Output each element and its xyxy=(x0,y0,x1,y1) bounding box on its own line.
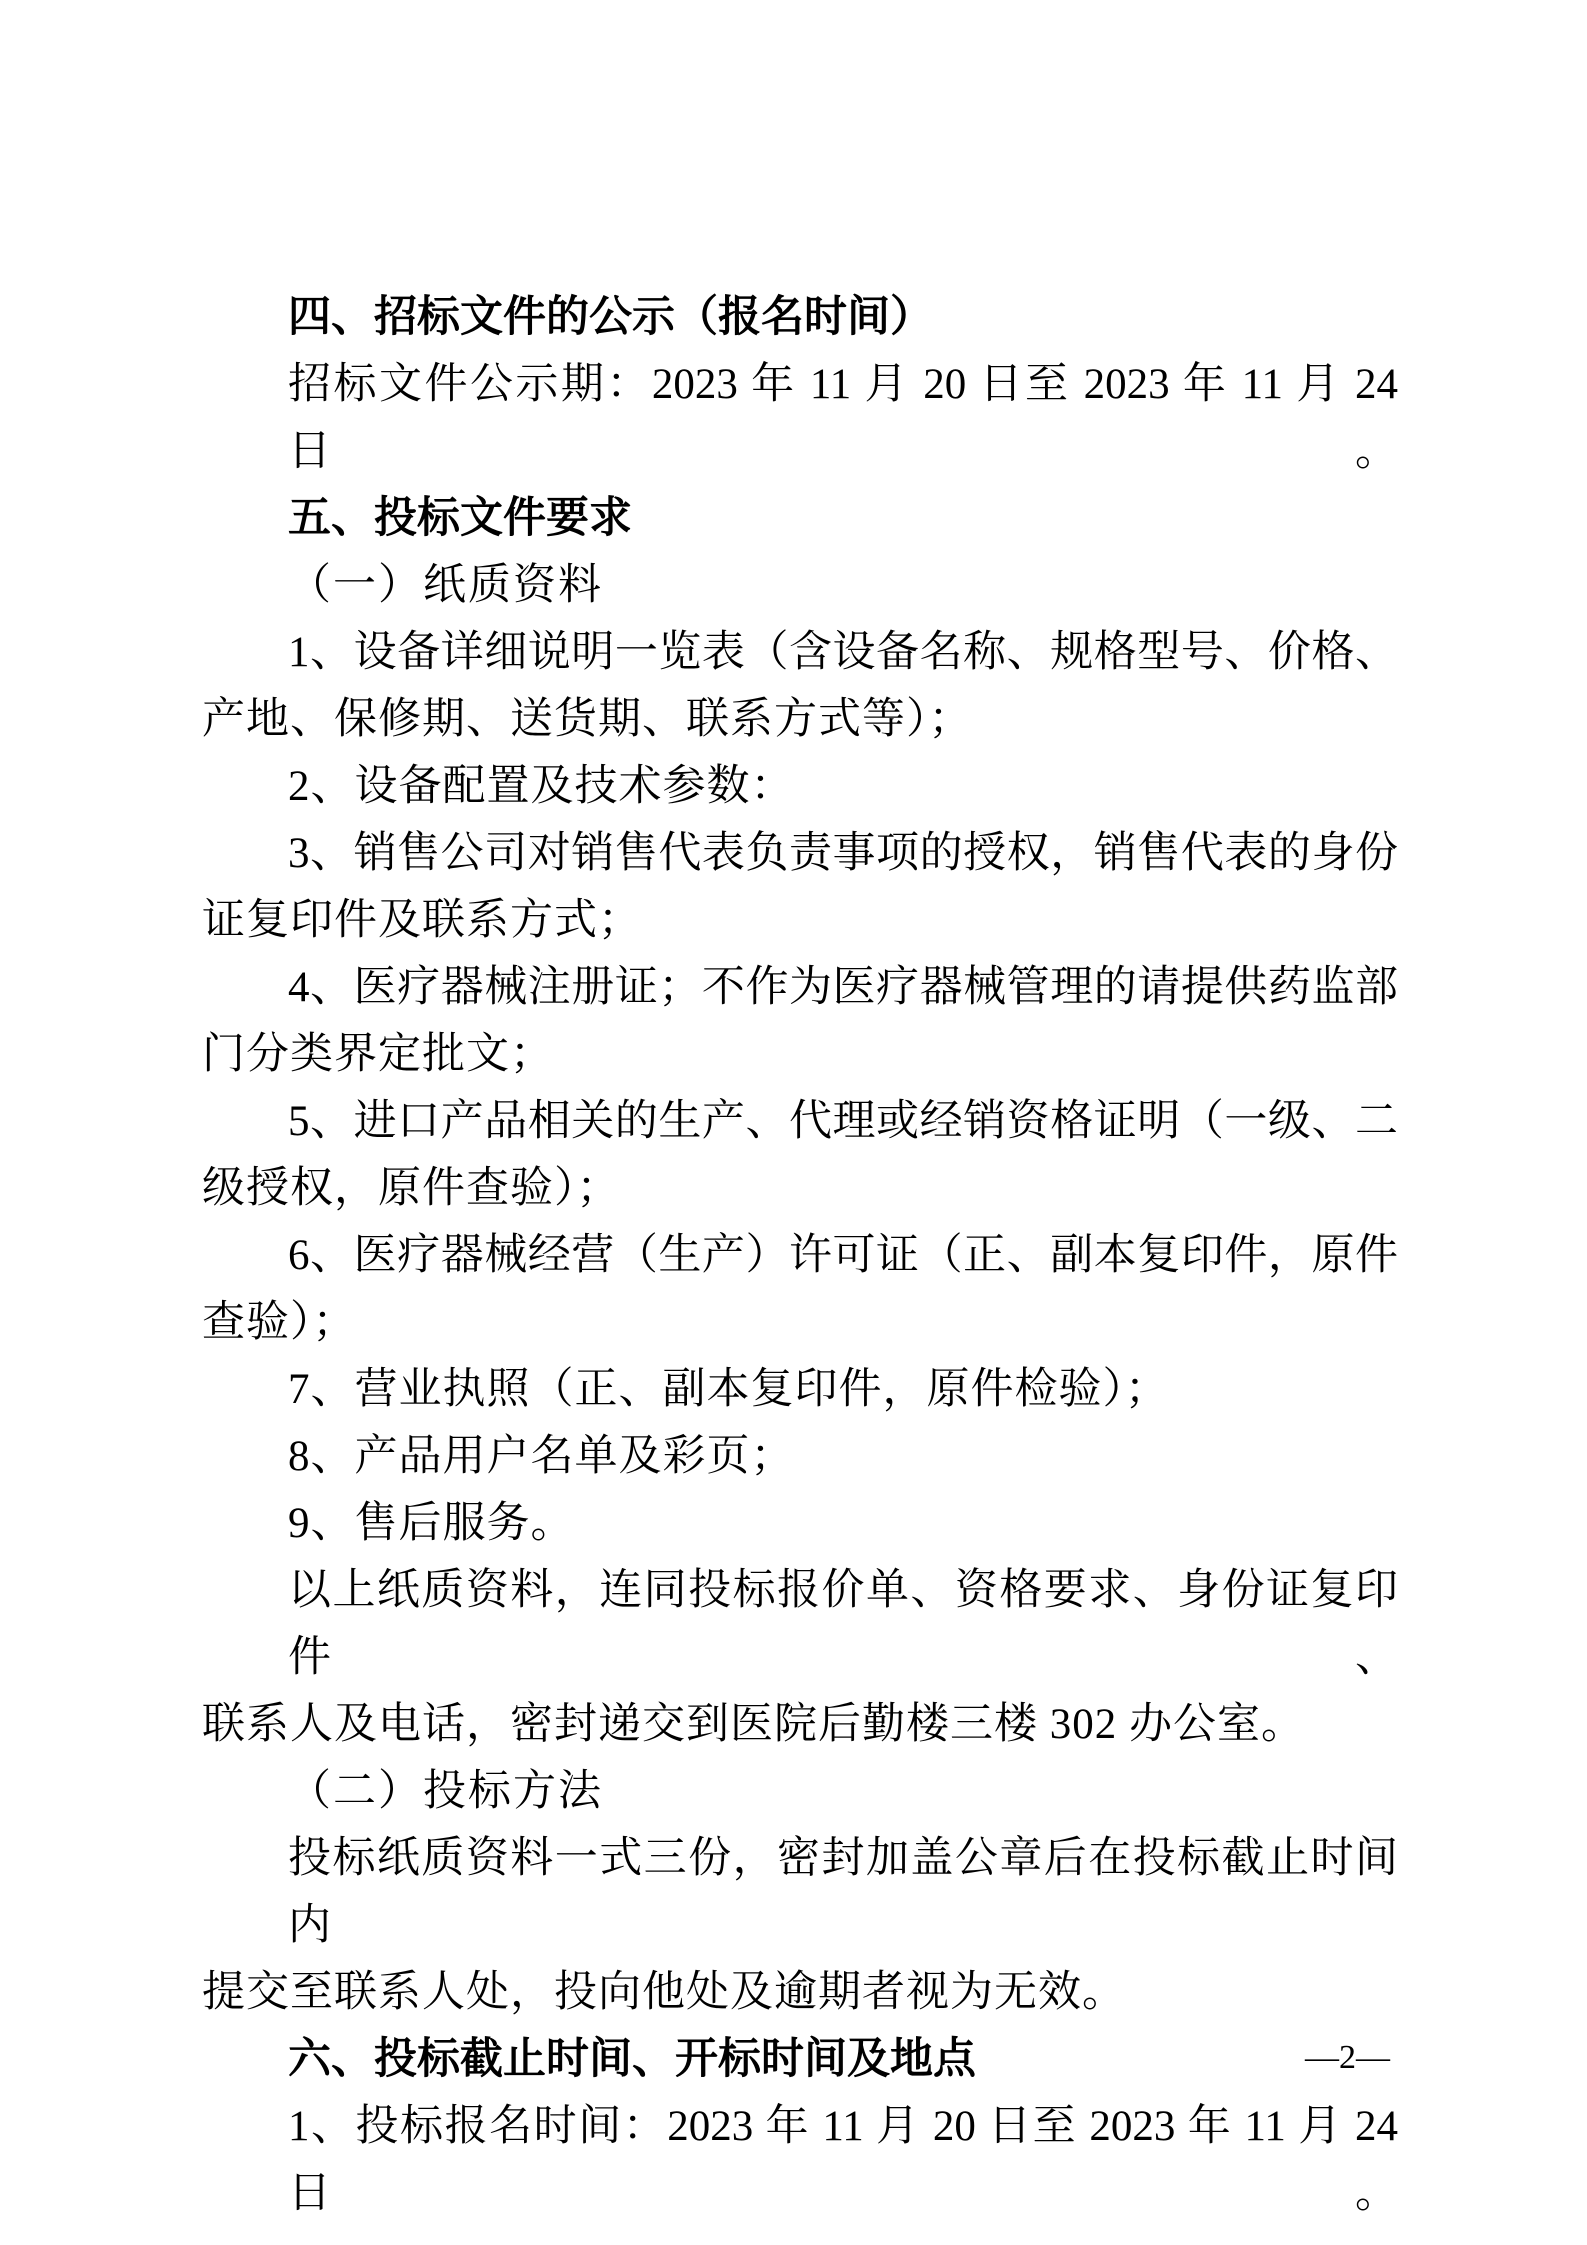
doc-line: 1、设备详细说明一览表（含设备名称、规格型号、价格、 xyxy=(202,619,1398,686)
doc-line: 证复印件及联系方式； xyxy=(202,887,1398,954)
doc-line: 级授权，原件查验）； xyxy=(202,1155,1398,1222)
document-page: 四、招标文件的公示（报名时间）招标文件公示期：2023 年 11 月 20 日至… xyxy=(0,0,1587,2245)
doc-line: 查验）； xyxy=(202,1289,1398,1356)
doc-line: （二）投标方法 xyxy=(202,1758,1398,1825)
doc-line: 四、招标文件的公示（报名时间） xyxy=(202,284,1398,351)
doc-line: 5、进口产品相关的生产、代理或经销资格证明（一级、二 xyxy=(202,1088,1398,1155)
doc-line: 门分类界定批文； xyxy=(202,1021,1398,1088)
doc-line: 2、设备配置及技术参数： xyxy=(202,753,1398,820)
doc-line: 9、售后服务。 xyxy=(202,1490,1398,1557)
doc-line: 产地、保修期、送货期、联系方式等）； xyxy=(202,686,1398,753)
doc-line: 联系人及电话，密封递交到医院后勤楼三楼 302 办公室。 xyxy=(202,1691,1398,1758)
doc-line: 投标纸质资料一式三份，密封加盖公章后在投标截止时间内 xyxy=(202,1825,1398,1959)
doc-line: 8、产品用户名单及彩页； xyxy=(202,1423,1398,1490)
doc-line: 以上纸质资料，连同投标报价单、资格要求、身份证复印件、 xyxy=(202,1557,1398,1691)
doc-line: （一）纸质资料 xyxy=(202,552,1398,619)
doc-line: 3、销售公司对销售代表负责事项的授权，销售代表的身份 xyxy=(202,820,1398,887)
page-number: —2— xyxy=(1305,2039,1390,2076)
doc-line: 7、营业执照（正、副本复印件，原件检验）； xyxy=(202,1356,1398,1423)
doc-line: 招标文件公示期：2023 年 11 月 20 日至 2023 年 11 月 24… xyxy=(202,351,1398,485)
doc-line: 五、投标文件要求 xyxy=(202,485,1398,552)
doc-line: 1、投标报名时间：2023 年 11 月 20 日至 2023 年 11 月 2… xyxy=(202,2093,1398,2227)
doc-line: 提交至联系人处，投向他处及逾期者视为无效。 xyxy=(202,1959,1398,2026)
doc-line: 4、医疗器械注册证；不作为医疗器械管理的请提供药监部 xyxy=(202,954,1398,1021)
page-content: 四、招标文件的公示（报名时间）招标文件公示期：2023 年 11 月 20 日至… xyxy=(202,284,1398,2227)
doc-line: 六、投标截止时间、开标时间及地点 xyxy=(202,2026,1398,2093)
page-footer: —2— xyxy=(1305,2038,1390,2078)
doc-line: 6、医疗器械经营（生产）许可证（正、副本复印件，原件 xyxy=(202,1222,1398,1289)
